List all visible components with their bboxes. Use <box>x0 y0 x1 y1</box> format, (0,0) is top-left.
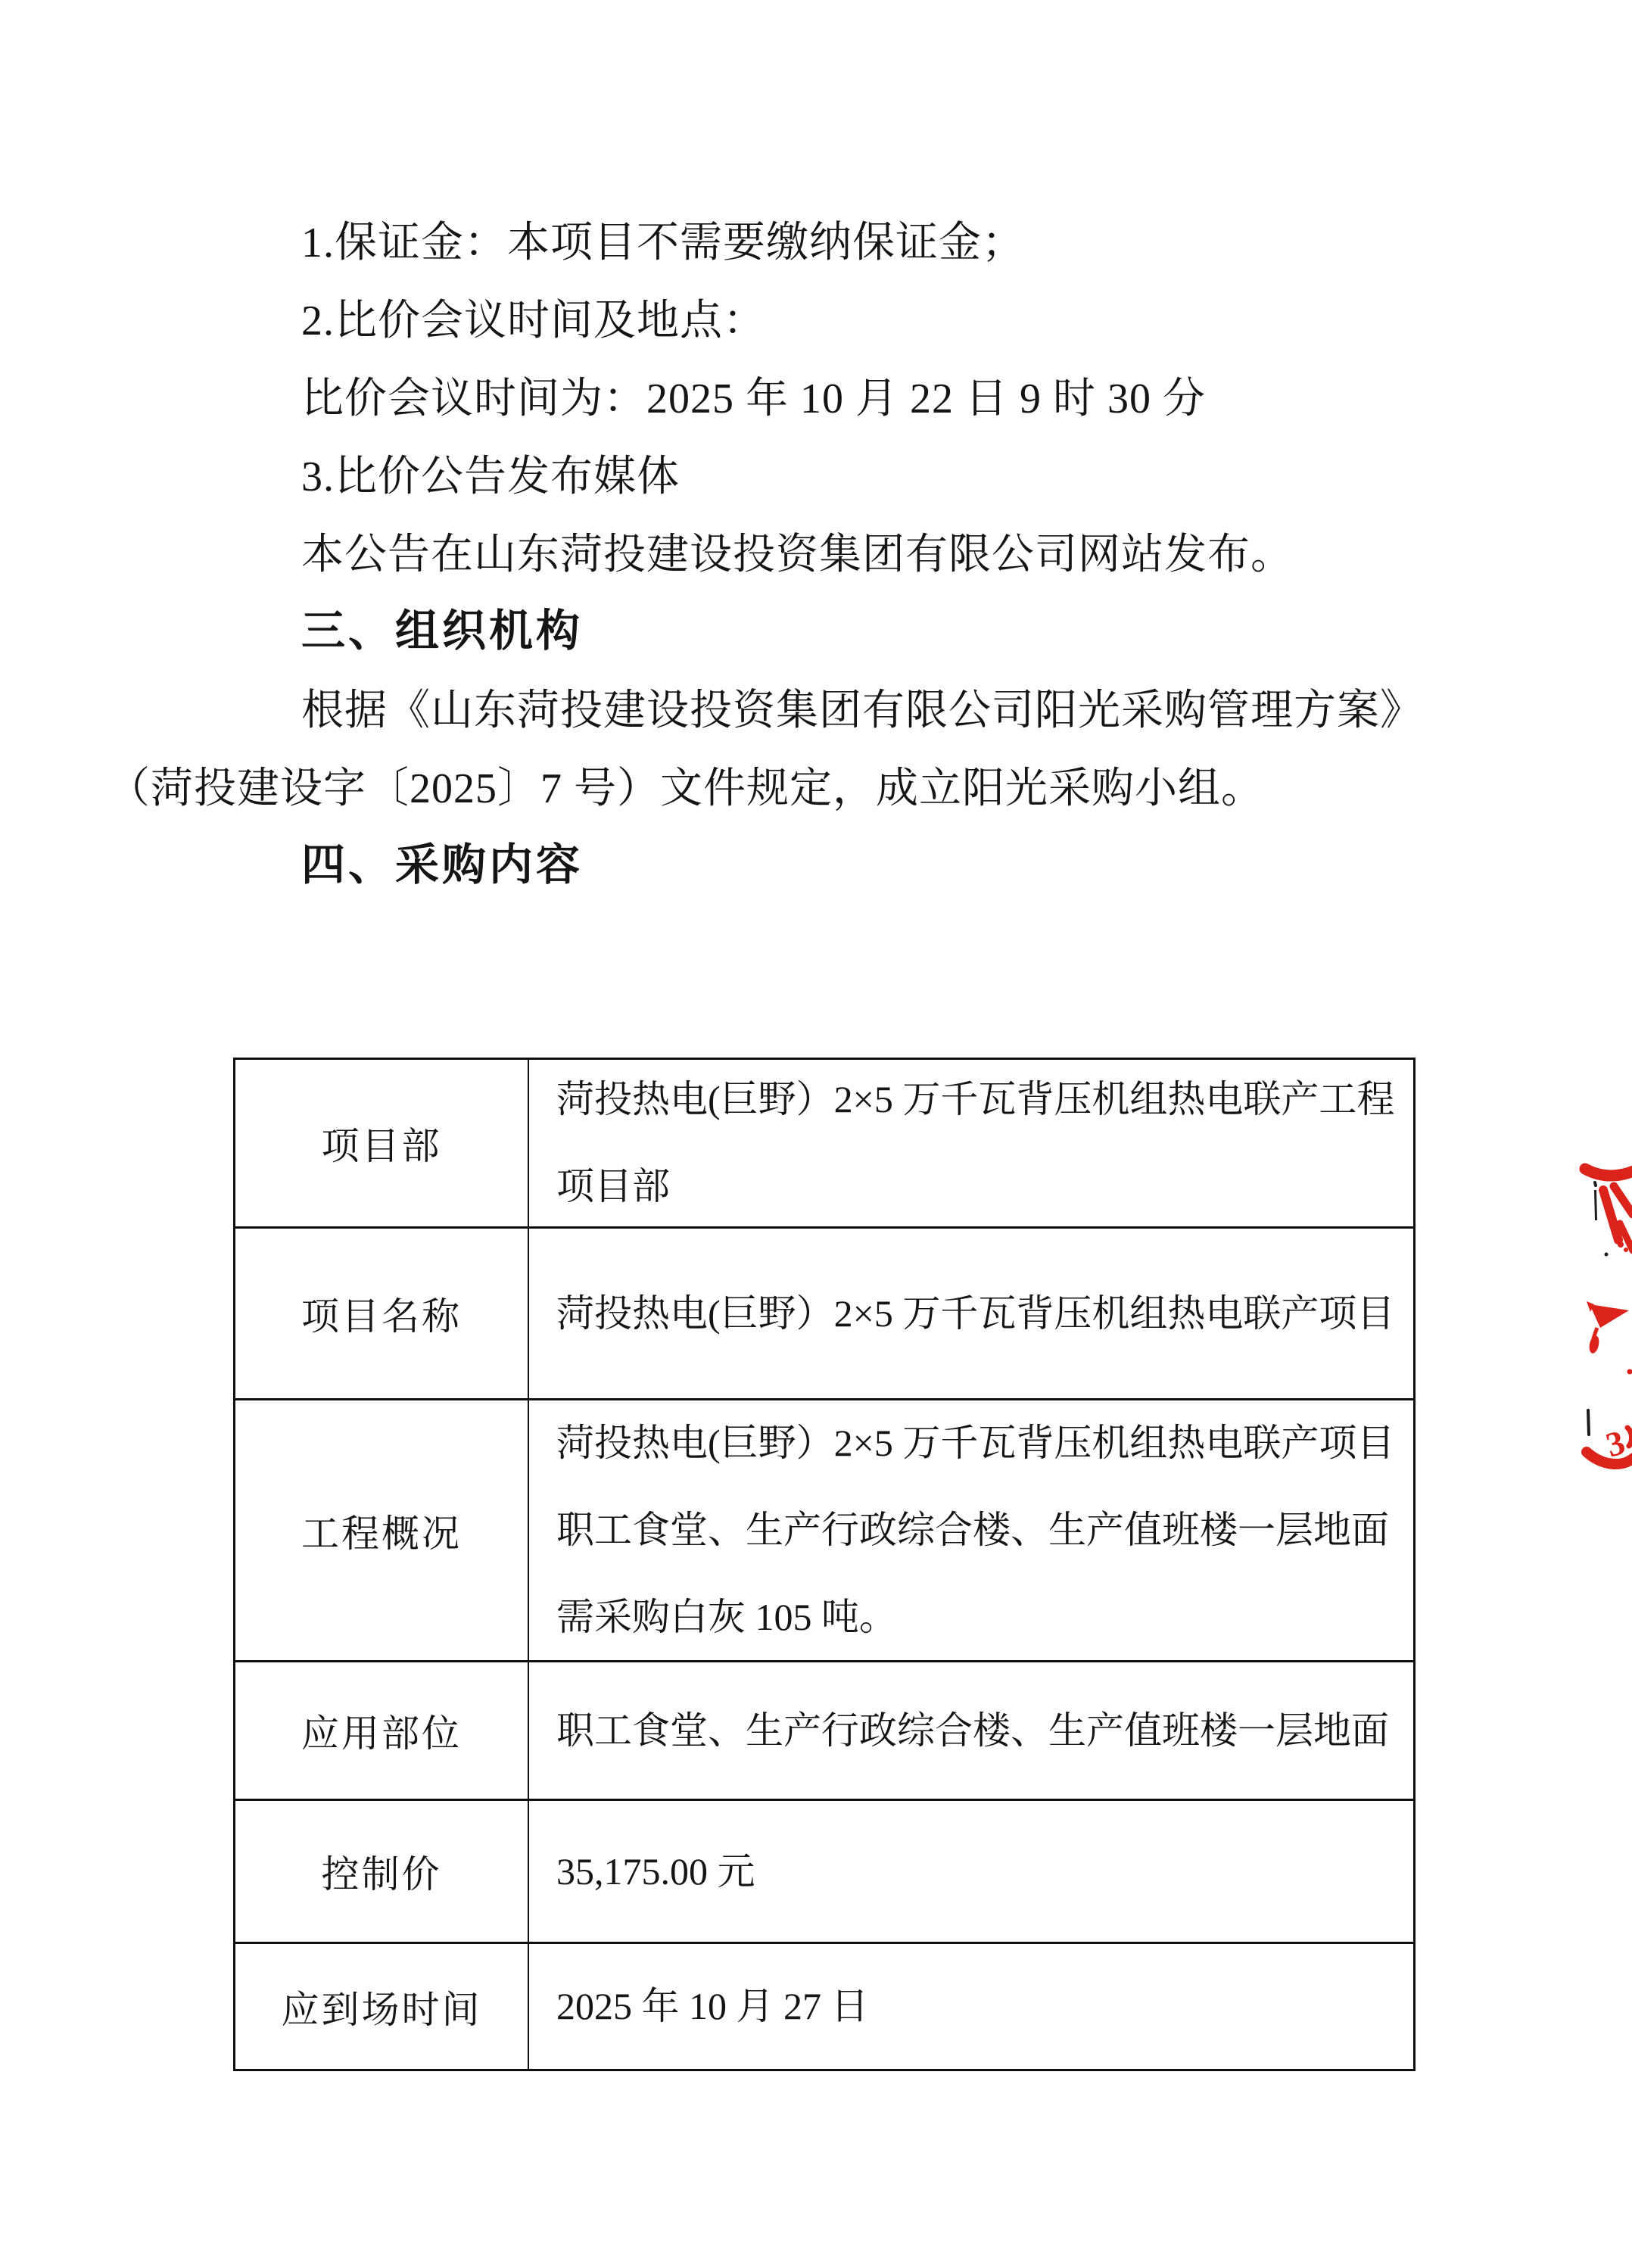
paragraph-basis-1: 根据《山东菏投建设投资集团有限公司阳光采购管理方案》 <box>301 687 1423 734</box>
row-label: 工程概况 <box>235 1400 529 1660</box>
row-value: 菏投热电(巨野）2×5 万千瓦背压机组热电联产项目职工食堂、生产行政综合楼、生产… <box>529 1400 1413 1660</box>
paragraph-meeting-time: 比价会议时间为：2025 年 10 月 22 日 9 时 30 分 <box>301 375 1206 422</box>
row-value: 菏投热电(巨野）2×5 万千瓦背压机组热电联产工程项目部 <box>529 1060 1413 1226</box>
red-seal-fragment: 3 <box>1574 1151 1632 1476</box>
row-label: 应到场时间 <box>235 1944 529 2069</box>
document-page: 1.保证金：本项目不需要缴纳保证金； 2.比价会议时间及地点： 比价会议时间为：… <box>0 0 1632 2268</box>
row-value: 2025 年 10 月 27 日 <box>529 1944 1413 2069</box>
section-heading-organization: 三、组织机构 <box>301 608 583 655</box>
table-row-project-overview: 工程概况 菏投热电(巨野）2×5 万千瓦背压机组热电联产项目职工食堂、生产行政综… <box>235 1400 1413 1662</box>
paragraph-media-head: 3.比价公告发布媒体 <box>301 453 680 500</box>
paragraph-basis-2: （菏投建设字〔2025〕7 号）文件规定，成立阳光采购小组。 <box>107 765 1264 812</box>
row-label: 应用部位 <box>235 1662 529 1799</box>
table-row-control-price: 控制价 35,175.00 元 <box>235 1801 1413 1944</box>
row-label: 项目名称 <box>235 1229 529 1398</box>
row-label: 项目部 <box>235 1060 529 1226</box>
procurement-table: 项目部 菏投热电(巨野）2×5 万千瓦背压机组热电联产工程项目部 项目名称 菏投… <box>233 1058 1416 2071</box>
paragraph-meeting-head: 2.比价会议时间及地点： <box>301 298 766 344</box>
row-label: 控制价 <box>235 1801 529 1942</box>
table-row-project-name: 项目名称 菏投热电(巨野）2×5 万千瓦背压机组热电联产项目 <box>235 1229 1413 1400</box>
paragraph-deposit: 1.保证金：本项目不需要缴纳保证金； <box>301 220 1025 266</box>
row-value: 职工食堂、生产行政综合楼、生产值班楼一层地面 <box>529 1662 1413 1799</box>
section-heading-procurement: 四、采购内容 <box>301 842 583 889</box>
paragraph-media-body: 本公告在山东菏投建设投资集团有限公司网站发布。 <box>301 531 1294 578</box>
row-value: 35,175.00 元 <box>529 1801 1413 1942</box>
row-value: 菏投热电(巨野）2×5 万千瓦背压机组热电联产项目 <box>529 1229 1413 1398</box>
table-row-application-area: 应用部位 职工食堂、生产行政综合楼、生产值班楼一层地面 <box>235 1662 1413 1801</box>
table-row-arrival-time: 应到场时间 2025 年 10 月 27 日 <box>235 1944 1413 2069</box>
table-row-project-dept: 项目部 菏投热电(巨野）2×5 万千瓦背压机组热电联产工程项目部 <box>235 1060 1413 1229</box>
